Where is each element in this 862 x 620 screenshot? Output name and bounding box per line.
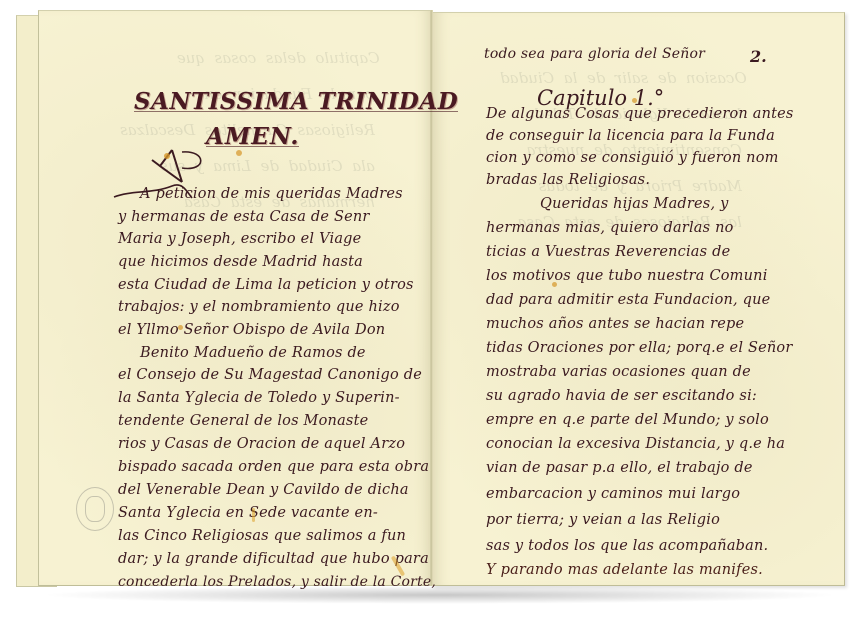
ink-stain: [178, 325, 183, 330]
left-line-14: del Venerable Dean y Cavildo de dicha: [118, 482, 409, 498]
left-line-9: el Consejo de Su Magestad Canonigo de: [118, 367, 422, 383]
right-line-15: conocian la excesiva Distancia, y q.e ha: [486, 436, 785, 452]
right-line-18: por tierra; y veian a las Religio: [486, 512, 720, 528]
right-line-6: hermanas mias, quiero darlas no: [486, 220, 734, 236]
ink-stain: [632, 98, 637, 103]
right-line-4: bradas las Religiosas.: [486, 172, 650, 188]
left-line-18: concederla los Prelados, y salir de la C…: [118, 574, 436, 590]
ink-stain: [236, 150, 242, 156]
ink-stain: [252, 508, 255, 522]
right-line-16: vian de pasar p.a ello, el trabajo de: [486, 460, 753, 476]
right-line-13: su agrado havia de ser escitando si:: [486, 388, 757, 404]
right-line-10: muchos años antes se hacian repe: [486, 316, 744, 332]
right-line-3: cion y como se consiguió y fueron nom: [486, 150, 779, 166]
ink-stain: [552, 282, 557, 287]
right-line-17: embarcacion y caminos mui largo: [486, 486, 740, 502]
right-line-9: dad para admitir esta Fundacion, que: [486, 292, 770, 308]
left-line-15: Santa Yglecia en Sede vacante en-: [118, 505, 378, 521]
library-stamp-icon: [76, 487, 114, 531]
right-line-14: empre en q.e parte del Mundo; y solo: [486, 412, 769, 428]
left-line-2: y hermanas de esta Casa de Senr: [118, 209, 370, 225]
right-line-20: Y parando mas adelante las manifes.: [486, 562, 763, 578]
left-line-7: el Yllmo Señor Obispo de Avila Don: [118, 322, 385, 338]
page-number: 2.: [750, 47, 767, 66]
right-line-12: mostraba varias ocasiones quan de: [486, 364, 751, 380]
left-line-12: rios y Casas de Oracion de aquel Arzo: [118, 436, 405, 452]
left-line-17: dar; y la grande dificultad que hubo par…: [118, 551, 429, 567]
right-line-5: Queridas hijas Madres, y: [540, 196, 728, 212]
right-line-19: sas y todos los que las acompañaban.: [486, 538, 768, 554]
left-line-8: Benito Madueño de Ramos de: [140, 345, 366, 361]
open-manuscript: Capitulo delas cosas que para la Fundaci…: [0, 0, 862, 620]
left-line-10: la Santa Yglecia de Toledo y Superin-: [118, 390, 400, 406]
manuscript-title: SANTISSIMA TRINIDAD: [134, 88, 458, 115]
left-line-6: trabajos: y el nombramiento que hizo: [118, 299, 400, 315]
left-line-11: tendente General de los Monaste: [118, 413, 368, 429]
right-header-line: todo sea para gloria del Señor: [484, 46, 705, 62]
left-line-5: esta Ciudad de Lima la peticion y otros: [118, 277, 414, 293]
left-line-13: bispado sacada orden que para esta obra: [118, 459, 429, 475]
left-line-4: que hicimos desde Madrid hasta: [118, 254, 363, 270]
left-line-3: Maria y Joseph, escribo el Viage: [118, 231, 361, 247]
left-line-16: las Cinco Religiosas que salimos a fun: [118, 528, 406, 544]
right-line-11: tidas Oraciones por ella; porq.e el Seño…: [486, 340, 792, 356]
manuscript-title-amen: AMEN.: [206, 123, 299, 150]
left-line-1: A peticion de mis queridas Madres: [140, 186, 403, 202]
right-line-2: de conseguir la licencia para la Funda: [486, 128, 775, 144]
right-line-1: De algunas Cosas que precedieron antes: [486, 106, 794, 122]
right-line-7: ticias a Vuestras Reverencias de: [486, 244, 730, 260]
right-line-8: los motivos que tubo nuestra Comuni: [486, 268, 768, 284]
